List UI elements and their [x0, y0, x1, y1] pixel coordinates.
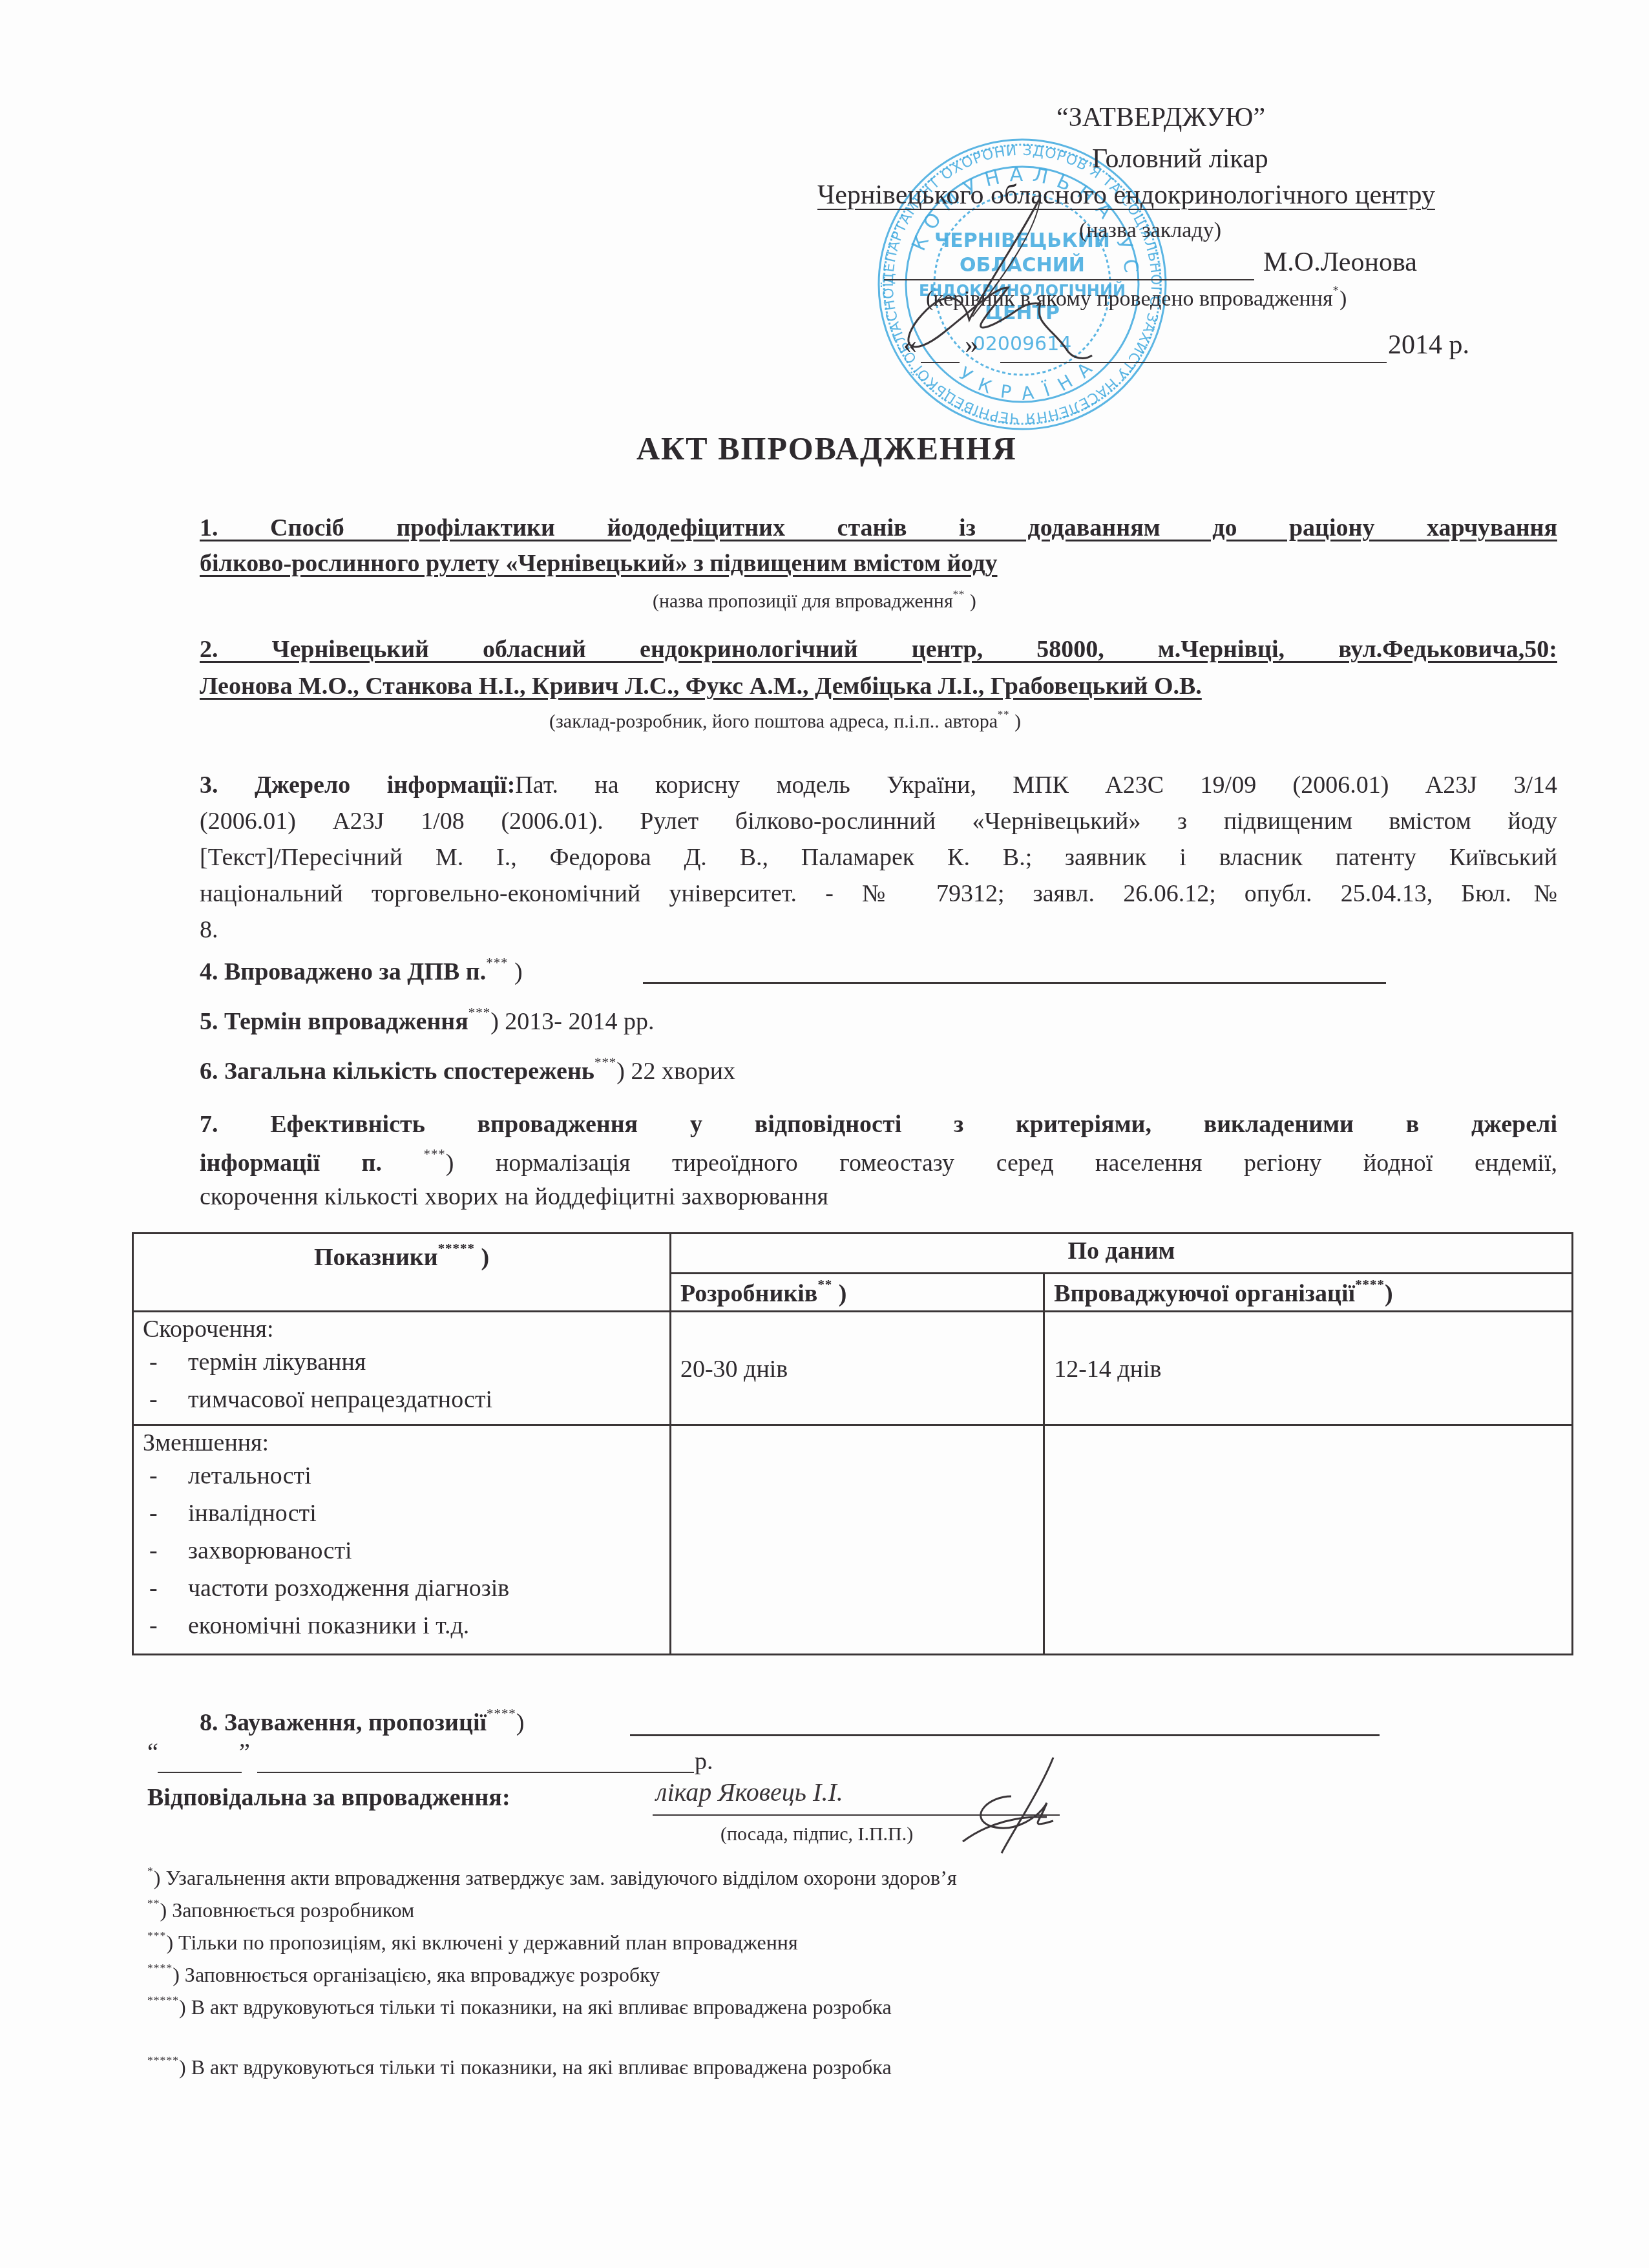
- section-5: 5. Термін впровадження***) 2013- 2014 рр…: [200, 1005, 654, 1036]
- responsible-label: Відповідальна за впровадження:: [147, 1783, 510, 1812]
- section-4: 4. Впроваджено за ДПВ п.*** ): [200, 955, 523, 986]
- row-title: Скорочення:: [143, 1315, 660, 1343]
- approver-name: М.О.Леонова: [1263, 247, 1417, 278]
- section-1-line-1: 1. Спосіб профілактики йододефіцитних ст…: [200, 514, 1557, 542]
- section-2-caption: (заклад-розробник, його поштова адреса, …: [549, 708, 1021, 733]
- section-2-line-2: Леонова М.О., Станкова Н.І., Кривич Л.С.…: [200, 672, 1202, 700]
- list-item: економічні показники і т.д.: [143, 1607, 660, 1644]
- list-item: захворюваності: [143, 1532, 660, 1570]
- row-implementer-value: 12-14 днів: [1044, 1311, 1573, 1425]
- approver-signature-line: [884, 279, 1254, 280]
- section-3-line-5: 8.: [200, 916, 218, 944]
- section-1-caption: (назва пропозиції для впровадження** ): [653, 588, 976, 613]
- section-7-line-2: інформації п. ***) нормалізація тиреоїдн…: [200, 1146, 1557, 1177]
- table-row: Скорочення: термін лікування тимчасової …: [133, 1311, 1573, 1425]
- row-developers-value: [670, 1425, 1044, 1654]
- section-6: 6. Загальна кількість спостережень***) 2…: [200, 1055, 735, 1086]
- section-8: 8. Зауваження, пропозиції****): [200, 1706, 524, 1737]
- section-3-line-3: [Текст]/Пересічний М. І., Федорова Д. В.…: [200, 843, 1557, 872]
- closing-date-day-line[interactable]: [158, 1772, 242, 1773]
- approval-date-year: 2014 р.: [1388, 330, 1469, 361]
- footnote-5: *****) В акт вдруковуються тільки ті пок…: [147, 1993, 892, 2019]
- row-title: Зменшення:: [143, 1429, 660, 1457]
- list-item: інвалідності: [143, 1495, 660, 1532]
- list-item: летальності: [143, 1457, 660, 1495]
- institution-name: Чернівецького обласного ендокринологічно…: [817, 180, 1435, 211]
- approval-date-day-line: [921, 362, 960, 363]
- footnote-4: ****) Заповнюється організацією, яка впр…: [147, 1961, 660, 1987]
- section-1-line-2: білково-рослинного рулету «Чернівецький»…: [200, 549, 998, 578]
- section-8-fill-line[interactable]: [630, 1734, 1380, 1736]
- list-item: частоти розходження діагнозів: [143, 1570, 660, 1607]
- closing-date-suffix: р.: [695, 1747, 713, 1776]
- list-item: термін лікування: [143, 1343, 660, 1381]
- indicators-table: Показники***** ) По даним Розробників** …: [132, 1232, 1573, 1655]
- header-indicators: Показники***** ): [133, 1234, 671, 1312]
- institution-caption: (назва закладу): [1079, 218, 1221, 243]
- responsible-signature-line: [653, 1814, 1060, 1816]
- section-4-fill-line[interactable]: [643, 982, 1386, 984]
- observations-count: ) 22 хворих: [616, 1058, 735, 1085]
- footnote-1: *) Узагальнення акти впровадження затвер…: [147, 1864, 957, 1890]
- section-3-line-2: (2006.01) А23J 1/08 (2006.01). Рулет біл…: [200, 807, 1557, 835]
- section-2-line-1: 2. Чернівецький обласний ендокринологічн…: [200, 635, 1557, 664]
- header-by-data: По даним: [670, 1234, 1572, 1274]
- row-implementer-value: [1044, 1425, 1573, 1654]
- approval-date-month-line: [1000, 362, 1387, 363]
- row-developers-value: 20-30 днів: [670, 1311, 1044, 1425]
- closing-date-month-line[interactable]: [257, 1772, 694, 1773]
- document-title: АКТ ВПРОВАДЖЕННЯ: [636, 430, 1017, 467]
- row-indicator: Скорочення: термін лікування тимчасової …: [133, 1311, 671, 1425]
- closing-date-open: “: [147, 1738, 158, 1767]
- table-row: Зменшення: летальності інвалідності захв…: [133, 1425, 1573, 1654]
- svg-text:ОБЛАСНИЙ: ОБЛАСНИЙ: [960, 253, 1085, 277]
- approver-caption: (керівник в якому проведено впровадження…: [926, 284, 1347, 311]
- approval-date-day-close: »: [965, 330, 978, 361]
- section-3-line-1: 3. Джерело інформації:Пат. на корисну мо…: [200, 771, 1557, 799]
- approver-position: Головний лікар: [1092, 143, 1268, 174]
- closing-date-close: ”: [239, 1738, 250, 1767]
- implementation-period: ) 2013- 2014 рр.: [490, 1008, 654, 1035]
- row-indicator: Зменшення: летальності інвалідності захв…: [133, 1425, 671, 1654]
- section-7-line-3: скорочення кількості хворих на йоддефіци…: [200, 1182, 828, 1211]
- footnote-3: ***) Тільки по пропозиціям, які включені…: [147, 1929, 798, 1955]
- footnote-2: **) Заповнюється розробником: [147, 1896, 414, 1922]
- footnote-5-repeat: *****) В акт вдруковуються тільки ті пок…: [147, 2053, 892, 2079]
- approval-date-day-open: «: [903, 330, 917, 361]
- section-3-line-4: національний торговельно-економічний уні…: [200, 879, 1557, 908]
- responsible-caption: (посада, підпис, І.П.П.): [720, 1823, 913, 1845]
- section-7-line-1: 7. Ефективність впровадження у відповідн…: [200, 1110, 1557, 1139]
- approve-heading: “ЗАТВЕРДЖУЮ”: [1056, 102, 1265, 133]
- header-developers: Розробників** ): [670, 1274, 1044, 1312]
- header-implementer: Впроваджуючої організації****): [1044, 1274, 1573, 1312]
- svg-text:02009614: 02009614: [973, 333, 1072, 355]
- list-item: тимчасової непрацездатності: [143, 1381, 660, 1418]
- responsible-handwritten-name: лікар Яковець І.І.: [656, 1777, 843, 1807]
